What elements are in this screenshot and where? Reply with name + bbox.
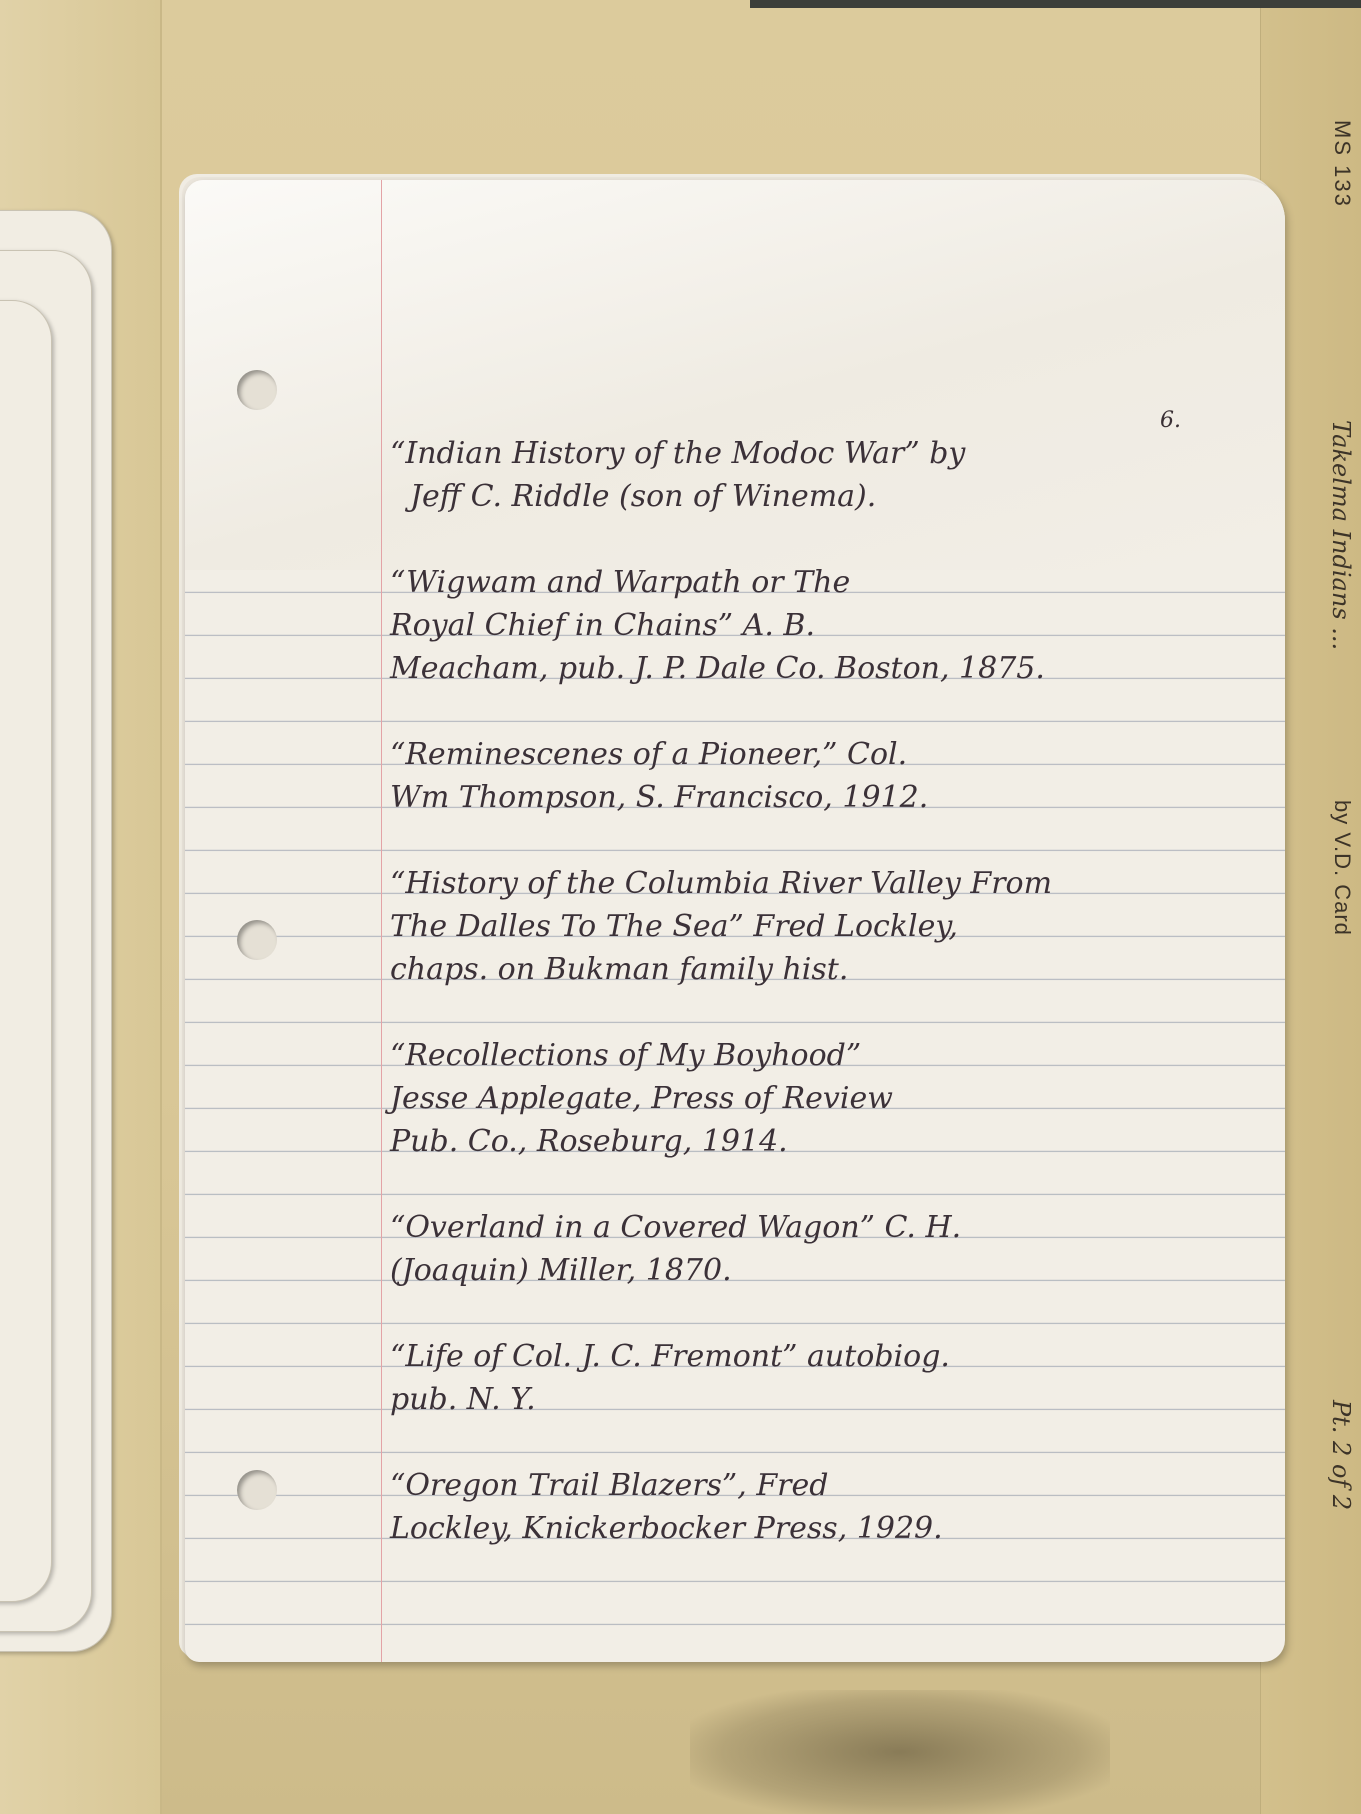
entry-line: (Joaquin) Miller, 1870.: [390, 1249, 1250, 1292]
entry-line: “History of the Columbia River Valley Fr…: [390, 862, 1250, 905]
bibliography-entry: “Indian History of the Modoc War” by Jef…: [390, 432, 1250, 518]
punch-hole: [237, 1470, 277, 1510]
entry-line: The Dalles To The Sea” Fred Lockley,: [390, 905, 1250, 948]
page-number: 6.: [1160, 408, 1181, 433]
stacked-sheet: [0, 300, 52, 1602]
bibliography-entry: “Reminescenes of a Pioneer,” Col. Wm Tho…: [390, 733, 1250, 819]
bibliography-entry: “Overland in a Covered Wagon” C. H. (Joa…: [390, 1206, 1250, 1292]
camera-shadow: [690, 1690, 1110, 1814]
entry-line: Jeff C. Riddle (son of Winema).: [390, 475, 1250, 518]
bibliography-entry: “Life of Col. J. C. Fremont” autobiog. p…: [390, 1335, 1250, 1421]
entry-line: “Recollections of My Boyhood”: [390, 1034, 1250, 1077]
bibliography-list: “Indian History of the Modoc War” by Jef…: [390, 432, 1250, 1593]
bibliography-entry: “Recollections of My Boyhood” Jesse Appl…: [390, 1034, 1250, 1163]
entry-line: Pub. Co., Roseburg, 1914.: [390, 1120, 1250, 1163]
folder-author-label: by V.D. Card: [1329, 800, 1355, 936]
entry-line: Meacham, pub. J. P. Dale Co. Boston, 187…: [390, 647, 1250, 690]
notebook-page: 6. “Indian History of the Modoc War” by …: [185, 180, 1285, 1662]
entry-line: Wm Thompson, S. Francisco, 1912.: [390, 776, 1250, 819]
entry-line: “Wigwam and Warpath or The: [390, 561, 1250, 604]
punch-hole: [237, 370, 277, 410]
folder-part-label: Pt. 2 of 2: [1327, 1400, 1355, 1510]
entry-line: “Oregon Trail Blazers”, Fred: [390, 1464, 1250, 1507]
punch-hole: [237, 920, 277, 960]
entry-line: “Indian History of the Modoc War” by: [390, 432, 1250, 475]
entry-line: chaps. on Bukman family hist.: [390, 948, 1250, 991]
bibliography-entry: “Oregon Trail Blazers”, Fred Lockley, Kn…: [390, 1464, 1250, 1550]
margin-line: [381, 180, 382, 1662]
entry-line: Lockley, Knickerbocker Press, 1929.: [390, 1507, 1250, 1550]
folder-title-label: Takelma Indians ...: [1327, 420, 1355, 650]
entry-line: “Reminescenes of a Pioneer,” Col.: [390, 733, 1250, 776]
entry-line: Royal Chief in Chains” A. B.: [390, 604, 1250, 647]
entry-line: “Overland in a Covered Wagon” C. H.: [390, 1206, 1250, 1249]
entry-line: “Life of Col. J. C. Fremont” autobiog.: [390, 1335, 1250, 1378]
bibliography-entry: “History of the Columbia River Valley Fr…: [390, 862, 1250, 991]
entry-line: Jesse Applegate, Press of Review: [390, 1077, 1250, 1120]
background-edge: [750, 0, 1361, 8]
bibliography-entry: “Wigwam and Warpath or The Royal Chief i…: [390, 561, 1250, 690]
entry-line: pub. N. Y.: [390, 1378, 1250, 1421]
left-paper-stack: [0, 210, 125, 1680]
collection-id-label: MS 133: [1329, 120, 1355, 208]
